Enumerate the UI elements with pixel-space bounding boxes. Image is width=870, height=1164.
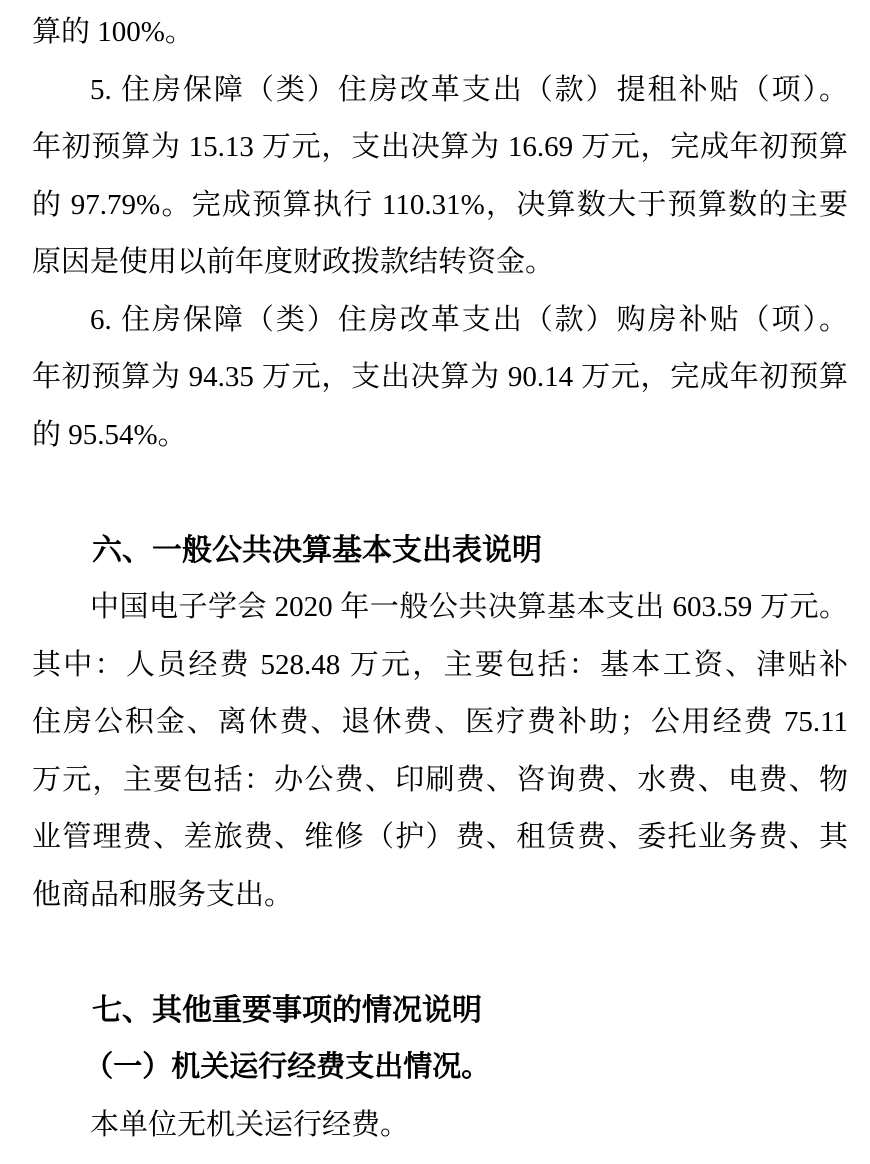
item-5-line: 年初预算为 15.13 万元，支出决算为 16.69 万元，完成年初预算 [32,119,848,177]
document-page: 算的 100%。 5. 住房保障（类）住房改革支出（款）提租补贴（项）。 年初预… [0,0,870,1164]
section-6-paragraph-line: 住房公积金、离休费、退休费、医疗费补助；公用经费 75.11 [32,694,848,752]
section-6-paragraph-line: 万元，主要包括：办公费、印刷费、咨询费、水费、电费、物 [32,752,848,810]
section-6-heading: 六、一般公共决算基本支出表说明 [32,522,848,580]
blank-line [32,464,848,522]
blank-line [32,924,848,982]
section-7-heading: 七、其他重要事项的情况说明 [32,982,848,1040]
item-5-line: 原因是使用以前年度财政拨款结转资金。 [32,234,848,292]
section-6-paragraph-line: 他商品和服务支出。 [32,867,848,925]
section-7-subheading: （一）机关运行经费支出情况。 [32,1039,848,1097]
item-5-line: 5. 住房保障（类）住房改革支出（款）提租补贴（项）。 [32,62,848,120]
org-operating-expense-note: 本单位无机关运行经费。 [32,1097,848,1155]
item-6-line: 6. 住房保障（类）住房改革支出（款）购房补贴（项）。 [32,292,848,350]
item-6-line: 的 95.54%。 [32,407,848,465]
section-6-paragraph-line: 中国电子学会 2020 年一般公共决算基本支出 603.59 万元。 [32,579,848,637]
section-6-paragraph-line: 其中：人员经费 528.48 万元，主要包括：基本工资、津贴补贴、 [32,637,848,695]
item-6-line: 年初预算为 94.35 万元，支出决算为 90.14 万元，完成年初预算 [32,349,848,407]
section-6-paragraph-line: 业管理费、差旅费、维修（护）费、租赁费、委托业务费、其 [32,809,848,867]
prev-paragraph-tail-line: 算的 100%。 [32,4,848,62]
item-5-line: 的 97.79%。完成预算执行 110.31%，决算数大于预算数的主要 [32,177,848,235]
